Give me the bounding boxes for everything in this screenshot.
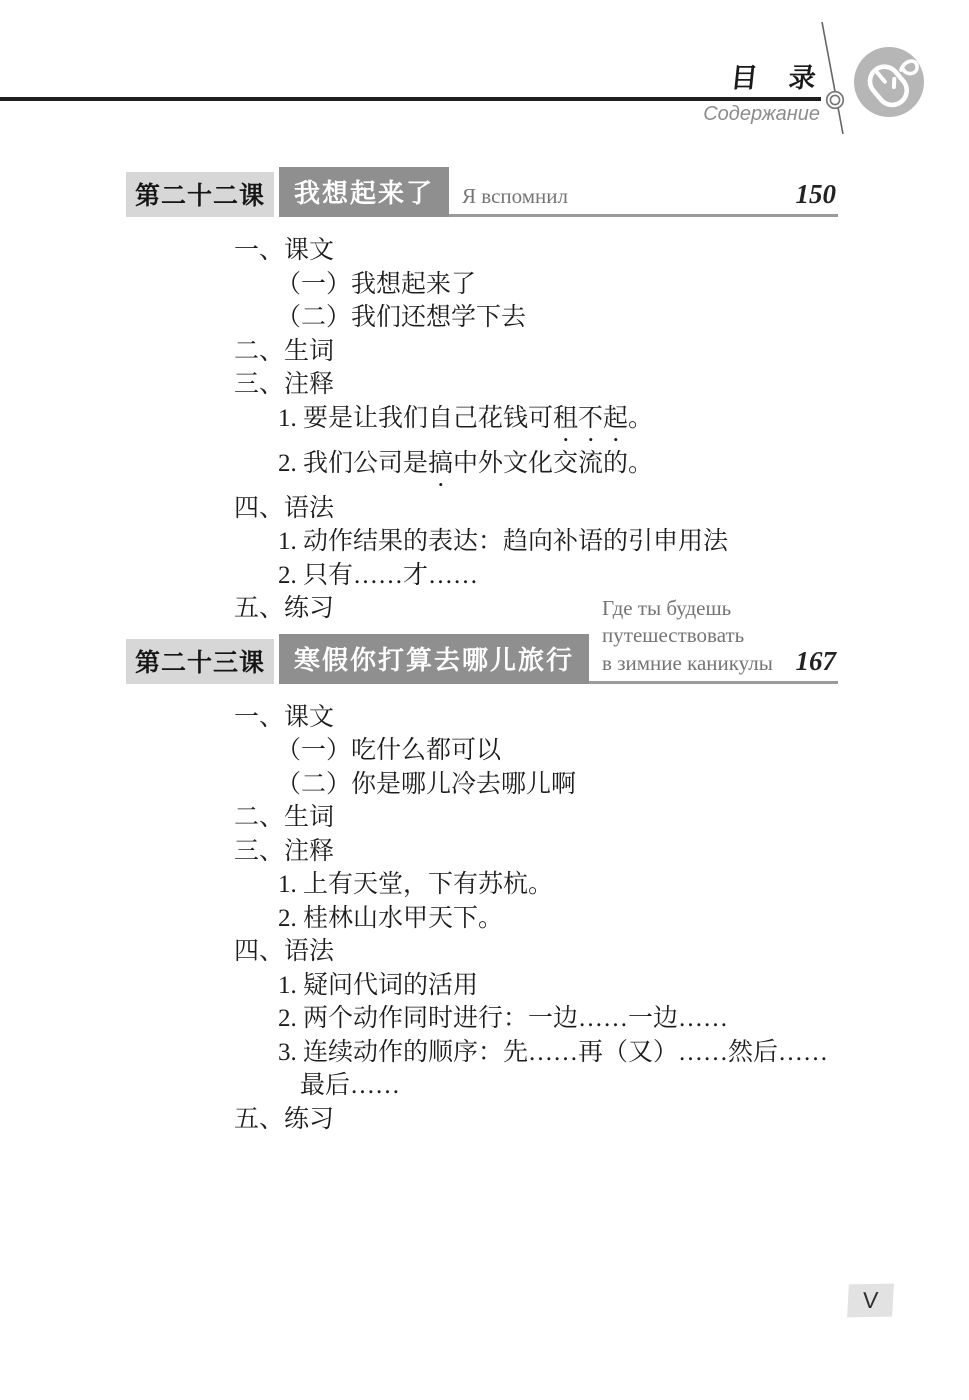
- plain-text: 2. 我们公司是: [278, 450, 428, 477]
- emphasized-text: 搞: [428, 450, 453, 477]
- lesson-title-box: 我想起来了: [279, 167, 449, 217]
- lesson-block: 第二十三课寒假你打算去哪儿旅行Где ты будешь путешествов…: [0, 595, 969, 1136]
- toc-item: （二）我们还想学下去: [0, 301, 969, 335]
- lesson-page-number: 167: [796, 646, 837, 677]
- lesson-header: 第二十二课我想起来了Я вспомнил150: [126, 167, 838, 217]
- toc-item: 1. 动作结果的表达：趋向补语的引申用法: [0, 525, 969, 559]
- toc-page: 目 录 Содержание 第二十二课我想起来了Я вспомнил150一、…: [0, 0, 969, 1400]
- lesson-title-box: 寒假你打算去哪儿旅行: [279, 634, 589, 684]
- russian-line: в зимние каникулы: [602, 650, 795, 677]
- toc-item: 二、生词: [0, 801, 969, 835]
- lesson-items: 一、课文（一）吃什么都可以（二）你是哪儿冷去哪儿啊二、生词三、注释1. 上有天堂…: [0, 701, 969, 1137]
- emphasized-text: 租不起: [553, 405, 628, 432]
- toc-item: （一）我想起来了: [0, 268, 969, 302]
- toc-item: 3. 连续动作的顺序：先……再（又）……然后……: [0, 1036, 969, 1070]
- lesson-page-number: 150: [796, 179, 837, 210]
- toc-item: 1. 疑问代词的活用: [0, 969, 969, 1003]
- toc-item: （二）你是哪儿冷去哪儿啊: [0, 768, 969, 802]
- russian-line: Где ты будешь путешествовать: [602, 595, 795, 650]
- toc-item: 三、注释: [0, 835, 969, 869]
- page-number: V: [847, 1284, 894, 1318]
- toc-item: 最后……: [0, 1069, 969, 1103]
- toc-item: （一）吃什么都可以: [0, 734, 969, 768]
- toc-item: 2. 桂林山水甲天下。: [0, 902, 969, 936]
- mouse-icon: [852, 45, 926, 119]
- lesson-number-box: 第二十二课: [126, 172, 274, 217]
- lesson-header-rule: Где ты будешь путешествоватьв зимние кан…: [589, 595, 838, 684]
- plain-text: 1. 要是让我们自己花钱可: [278, 405, 553, 432]
- russian-line: Я вспомнил: [462, 183, 568, 210]
- toc-item: 1. 上有天堂，下有苏杭。: [0, 868, 969, 902]
- toc-title-chinese: 目 录: [729, 56, 820, 95]
- toc-item: 一、课文: [0, 234, 969, 268]
- lesson-block: 第二十二课我想起来了Я вспомнил150一、课文（一）我想起来了（二）我们…: [0, 167, 969, 626]
- plain-text: 。: [628, 405, 653, 432]
- plain-text: 中外文化交流的。: [453, 450, 653, 477]
- lesson-title-russian: Где ты будешь путешествоватьв зимние кан…: [602, 595, 795, 677]
- toc-item: 2. 我们公司是搞中外文化交流的。: [0, 447, 969, 492]
- toc-item: 四、语法: [0, 492, 969, 526]
- toc-item: 三、注释: [0, 368, 969, 402]
- toc-item: 1. 要是让我们自己花钱可租不起。: [0, 402, 969, 447]
- toc-item: 五、练习: [0, 1103, 969, 1137]
- toc-item: 四、语法: [0, 935, 969, 969]
- toc-item: 2. 只有……才……: [0, 559, 969, 593]
- lesson-number-box: 第二十三课: [126, 639, 274, 684]
- toc-title-russian: Содержание: [703, 103, 820, 126]
- lesson-title-russian: Я вспомнил: [462, 183, 568, 210]
- header-rule: [0, 97, 821, 101]
- lesson-header: 第二十三课寒假你打算去哪儿旅行Где ты будешь путешествов…: [126, 595, 838, 684]
- toc-item: 一、课文: [0, 701, 969, 735]
- toc-item: 2. 两个动作同时进行：一边……一边……: [0, 1002, 969, 1036]
- lesson-items: 一、课文（一）我想起来了（二）我们还想学下去二、生词三、注释1. 要是让我们自己…: [0, 234, 969, 626]
- lesson-header-rule: Я вспомнил150: [449, 176, 838, 217]
- toc-item: 二、生词: [0, 335, 969, 369]
